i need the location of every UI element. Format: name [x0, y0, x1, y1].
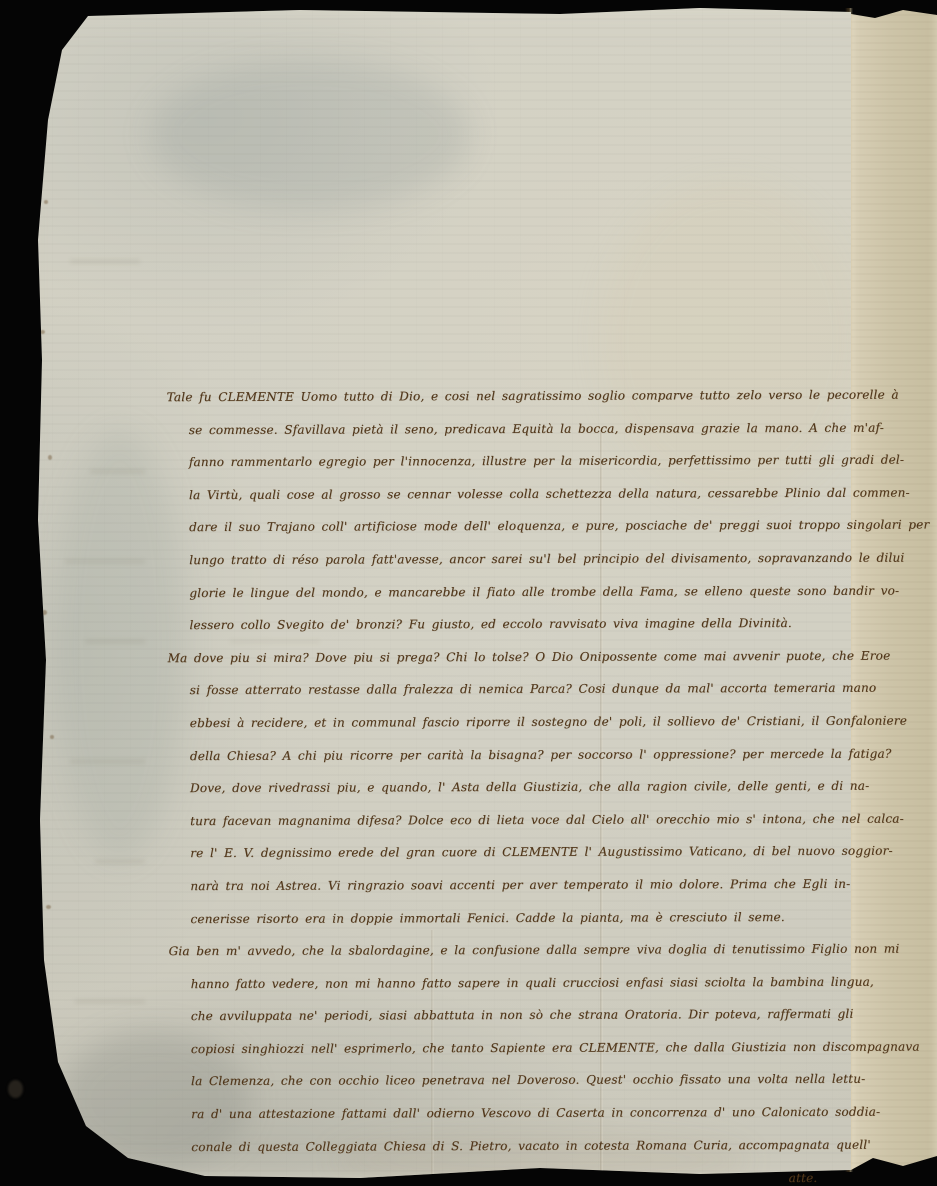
text-line: cenerisse risorto era in doppie immortal…: [156, 900, 850, 935]
text-line: ebbesi à recidere, et in communal fascio…: [156, 705, 850, 740]
edge-speckle: [44, 200, 48, 204]
ink-blot: [8, 1080, 23, 1098]
text-line: Dove, dove rivedrassi piu, e quando, l' …: [156, 770, 850, 805]
catchword: atte.: [157, 1165, 851, 1186]
text-line: Tale fu CLEMENTE Uomo tutto di Dio, e co…: [155, 379, 849, 414]
text-line: copiosi singhiozzi nell' esprimerlo, che…: [157, 1031, 851, 1066]
text-line: ra d' una attestazione fattami dall' odi…: [157, 1096, 851, 1131]
show-through-mark: [70, 760, 145, 763]
show-through-mark: [90, 470, 145, 473]
text-line: la Clemenza, che con occhio liceo penetr…: [157, 1063, 851, 1098]
show-through-mark: [65, 560, 145, 563]
text-line: fanno rammentarlo egregio per l'innocenz…: [155, 444, 849, 479]
text-line: la Virtù, quali cose al grosso se cennar…: [155, 477, 849, 512]
text-line: glorie le lingue del mondo, e mancarebbe…: [155, 574, 849, 609]
text-line: lessero collo Svegito de' bronzi? Fu giu…: [155, 607, 849, 642]
text-line: lungo tratto di réso parola fatt'avesse,…: [155, 542, 849, 577]
text-line: dare il suo Trajano coll' artificiose mo…: [155, 509, 849, 544]
edge-speckle: [50, 735, 54, 739]
show-through-mark: [70, 260, 140, 263]
text-line: re l' E. V. degnissimo erede del gran cu…: [156, 835, 850, 870]
text-line: della Chiesa? A chi piu ricorre per cari…: [156, 737, 850, 772]
manuscript-text: Tale fu CLEMENTE Uomo tutto di Dio, e co…: [155, 379, 852, 1186]
text-line: Gia ben m' avvedo, che la sbalordagine, …: [157, 933, 851, 968]
text-line: conale di questa Colleggiata Chiesa di S…: [157, 1128, 851, 1163]
text-line: si fosse atterrato restasse dalla fralez…: [156, 672, 850, 707]
paper-stain: [150, 60, 470, 210]
show-through-mark: [85, 640, 145, 643]
edge-speckle: [42, 610, 47, 615]
show-through-mark: [95, 860, 145, 863]
text-line: se commesse. Sfavillava pietà il seno, p…: [155, 411, 849, 446]
text-line: Ma dove piu si mira? Dove piu si prega? …: [155, 640, 849, 675]
edge-speckle: [46, 905, 51, 909]
manuscript-scan: Tale fu CLEMENTE Uomo tutto di Dio, e co…: [0, 0, 937, 1186]
show-through-mark: [75, 1000, 145, 1003]
edge-speckle: [40, 330, 45, 334]
edge-speckle: [48, 455, 52, 460]
text-line: tura facevan magnanima difesa? Dolce eco…: [156, 803, 850, 838]
text-line: che avviluppata ne' periodi, siasi abbat…: [157, 998, 851, 1033]
text-line: hanno fatto vedere, non mi hanno fatto s…: [157, 965, 851, 1000]
text-line: narà tra noi Astrea. Vi ringrazio soavi …: [156, 868, 850, 903]
